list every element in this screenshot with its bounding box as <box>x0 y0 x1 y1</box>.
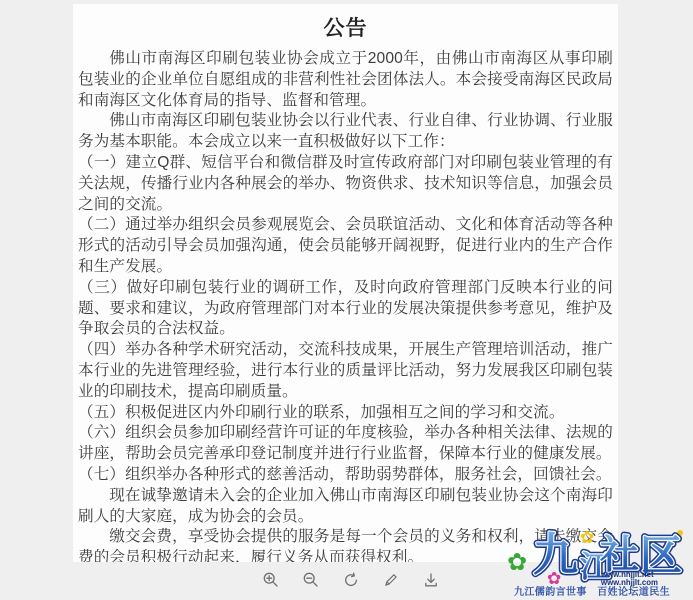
announcement-item-5: （五）积极促进区内外印刷行业的联系，加强相互之间的学习和交流。 <box>78 403 613 424</box>
page-title: 公告 <box>78 12 613 42</box>
flower-green-icon: ✿ <box>507 549 527 576</box>
flower-yellow-icon: ✿ <box>580 528 594 547</box>
zoom-in-icon[interactable] <box>262 571 280 589</box>
rotate-icon[interactable] <box>342 571 360 589</box>
announcement-paragraph-1: 佛山市南海区印刷包装业协会成立于2000年，由佛山市南海区从事印刷包装业的企业单… <box>78 49 613 111</box>
zoom-out-icon[interactable] <box>302 571 320 589</box>
edit-icon[interactable] <box>382 571 400 589</box>
announcement-paragraph-3: 现在诚挚邀请未入会的企业加入佛山市南海区印刷包装业协会这个南海印刷人的大家庭，成… <box>78 486 613 528</box>
announcement-item-3: （三）做好印刷包装行业的调研工作，及时向政府管理部门反映本行业的问题、要求和建议… <box>78 278 613 340</box>
announcement-item-1: （一）建立Q群、短信平台和微信群及时宣传政府部门对印刷包装业管理的有关法规，传播… <box>78 153 613 215</box>
announcement-item-6: （六）组织会员参加印刷经营许可证的年度核验，举办各种相关法律、法规的讲座，帮助会… <box>78 423 613 465</box>
announcement-item-4: （四）举办各种学术研究活动，交流科技成果，开展生产管理培训活动，推广本行业的先进… <box>78 340 613 402</box>
announcement-item-7: （七）组织举办各种形式的慈善活动，帮助弱势群体，服务社会，回馈社会。 <box>78 465 613 486</box>
community-watermark: ✿ ✿ ✿ 九 江 社 区 九 江 社 区 www.nhjjlt.net www… <box>490 525 693 600</box>
watermark-tagline: 九江儒韵言世事 百姓论坛道民生 <box>514 585 670 598</box>
announcement-item-2: （二）通过举办组织会员参观展览会、会员联谊活动、文化和体育活动等各种形式的活动引… <box>78 215 613 277</box>
announcement-document: 公告 佛山市南海区印刷包装业协会成立于2000年，由佛山市南海区从事印刷包装业的… <box>73 4 618 562</box>
download-icon[interactable] <box>422 571 440 589</box>
watermark-url-2: www.nhjjlt.com <box>600 578 658 587</box>
logo-char-jiu: 九 <box>533 529 578 580</box>
announcement-paragraph-2: 佛山市南海区印刷包装业协会以行业代表、行业自律、行业协调、行业服务为基本职能。本… <box>78 111 613 153</box>
